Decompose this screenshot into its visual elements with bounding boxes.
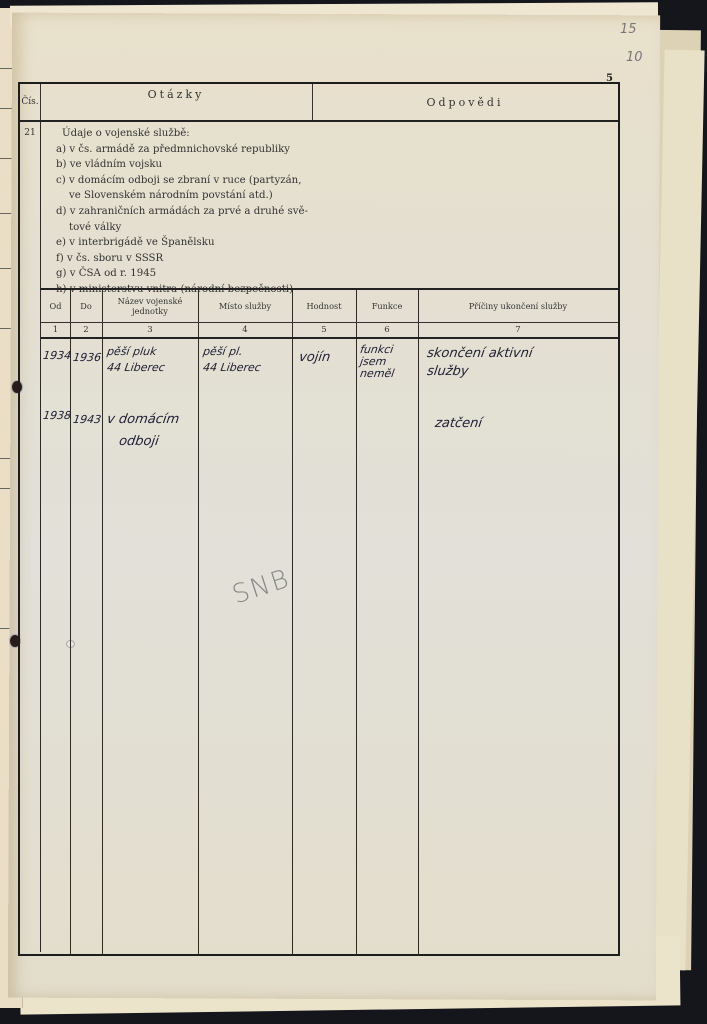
divider <box>41 337 618 339</box>
col-header-place: Místo služby <box>198 290 292 322</box>
col-num: 5 <box>292 323 356 337</box>
col-num: 3 <box>102 323 198 337</box>
header-answers: Odpovědi <box>312 84 618 120</box>
row1-from: 1934 <box>42 350 72 362</box>
header-cis: Čís. <box>20 84 41 120</box>
row2-reason-1: zatčení <box>434 416 483 432</box>
col-header-unit: Název vojenské jednotky <box>102 290 198 322</box>
col-divider <box>356 290 357 956</box>
col-header-function: Funkce <box>356 290 418 322</box>
question-number: 21 <box>20 122 40 138</box>
col-divider <box>198 290 199 956</box>
handwritten-folio-top: 15 <box>620 22 637 37</box>
row2-unit-1: v domácím <box>106 412 180 428</box>
row1-place-2: 44 Liberec <box>202 362 261 374</box>
row2-unit-2: odboji <box>118 434 160 450</box>
option-f: f) v čs. sboru v SSSR <box>56 251 328 267</box>
col-num: 1 <box>41 323 70 337</box>
col-divider <box>70 290 71 956</box>
col-num: 2 <box>70 323 102 337</box>
row1-to: 1936 <box>72 352 102 364</box>
option-e: e) v interbrigádě ve Španělsku <box>56 235 328 251</box>
question-text: Údaje o vojenské službě: a) v čs. armádě… <box>56 126 328 298</box>
col-divider <box>102 290 103 956</box>
col-divider <box>418 290 419 956</box>
option-c-cont: ve Slovenském národním povstání atd.) <box>56 188 328 204</box>
option-a: a) v čs. armádě za předmnichovské republ… <box>56 142 328 158</box>
option-d-cont: tové války <box>56 220 328 236</box>
option-b: b) ve vládním vojsku <box>56 157 328 173</box>
service-table: Od Do Název vojenské jednotky Místo služ… <box>41 288 618 956</box>
row2-from: 1938 <box>42 410 72 422</box>
handwritten-folio: 10 <box>626 50 643 65</box>
row1-reason-1: skončení aktivní <box>426 346 534 362</box>
col-num: 7 <box>418 323 618 337</box>
row1-place-1: pěší pl. <box>202 346 243 358</box>
col-header-rank: Hodnost <box>292 290 356 322</box>
question-form: Čís. Otázky Odpovědi 21 Údaje o vojenské… <box>18 82 620 956</box>
row2-to: 1943 <box>72 414 102 426</box>
col-divider <box>292 290 293 956</box>
col-header-od: Od <box>41 290 70 322</box>
row1-unit-1: pěší pluk <box>106 346 157 358</box>
col-num: 4 <box>198 323 292 337</box>
option-d: d) v zahraničních armádách za prvé a dru… <box>56 204 328 220</box>
col-num: 6 <box>356 323 418 337</box>
row1-reason-2: služby <box>426 364 470 380</box>
option-c: c) v domácím odboji se zbraní v ruce (pa… <box>56 173 328 189</box>
form-header: Čís. Otázky Odpovědi <box>20 84 618 122</box>
row1-rank: vojín <box>298 350 331 366</box>
header-questions: Otázky <box>40 84 313 120</box>
option-g: g) v ČSA od r. 1945 <box>56 266 328 282</box>
col-header-do: Do <box>70 290 102 322</box>
col-header-reason: Příčiny ukončení služby <box>418 290 618 322</box>
row1-unit-2: 44 Liberec <box>106 362 165 374</box>
row1-function-3: neměl <box>359 368 395 380</box>
question-title: Údaje o vojenské službě: <box>56 126 328 142</box>
